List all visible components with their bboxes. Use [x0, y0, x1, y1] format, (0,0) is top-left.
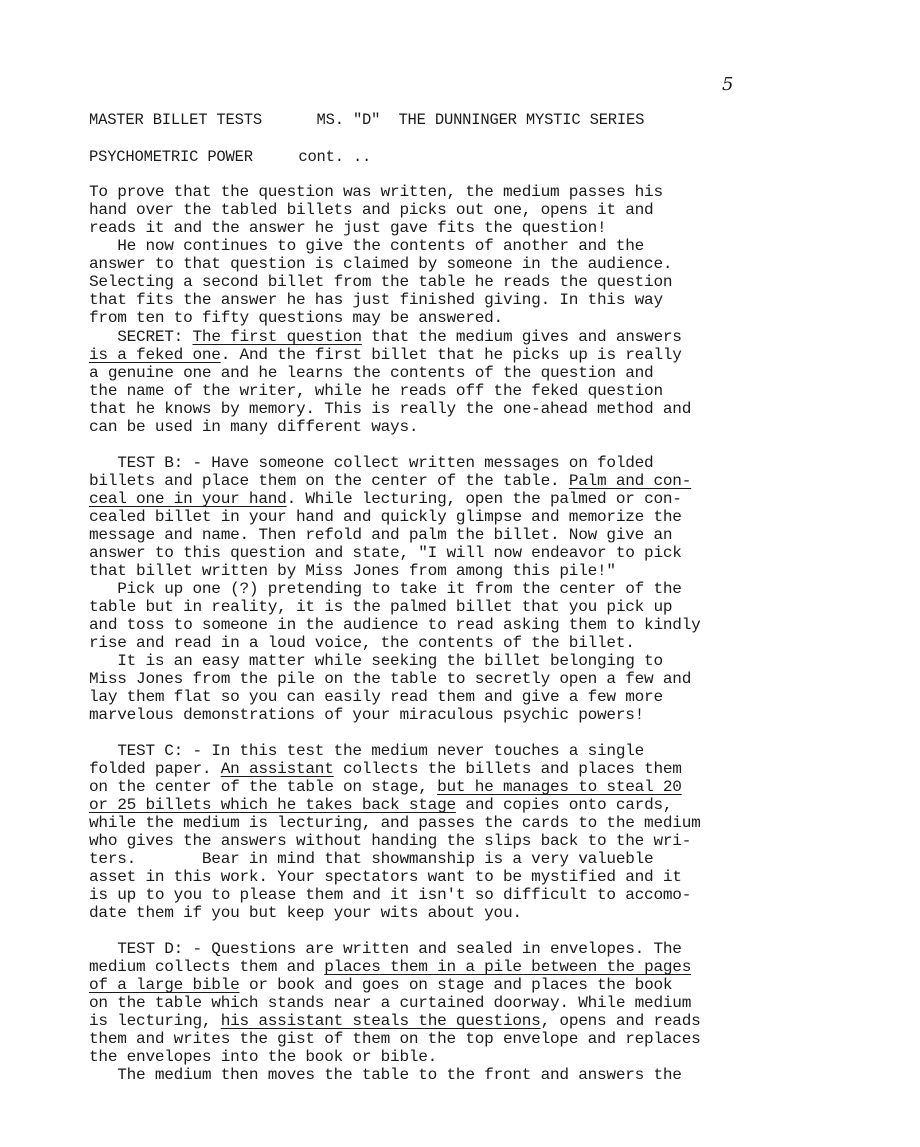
underlined-phrase: is a feked one [89, 346, 221, 364]
underlined-phrase: or 25 billets which he takes back stage [89, 796, 456, 814]
text-segment: is up to you to please them and it isn't… [89, 886, 691, 904]
text-line: TEST B: - Have someone collect written m… [89, 454, 653, 472]
text-line: He now continues to give the contents of… [89, 237, 644, 255]
text-line: hand over the tabled billets and picks o… [89, 201, 653, 219]
text-segment: . While lecturing, open the palmed or co… [287, 490, 682, 508]
text-line: on the table which stands near a curtain… [89, 994, 691, 1012]
text-segment: table but in reality, it is the palmed b… [89, 598, 672, 616]
running-header: MASTER BILLET TESTS MS. "D" THE DUNNINGE… [89, 111, 644, 129]
section-heading: PSYCHOMETRIC POWER cont. .. [89, 148, 371, 166]
text-line: It is an easy matter while seeking the b… [89, 652, 663, 670]
text-segment: , opens and reads [541, 1012, 701, 1030]
text-line: answer to this question and state, "I wi… [89, 544, 682, 562]
text-segment: It is an easy matter while seeking the b… [89, 652, 663, 670]
text-segment: hand over the tabled billets and picks o… [89, 201, 653, 219]
text-line: Pick up one (?) pretending to take it fr… [89, 580, 682, 598]
text-line: who gives the answers without handing th… [89, 832, 691, 850]
page-number: 5 [722, 74, 733, 95]
underlined-phrase: The first question [193, 328, 362, 346]
text-line: answer to that question is claimed by so… [89, 255, 672, 273]
text-line: on the center of the table on stage, but… [89, 778, 682, 796]
text-segment: TEST C: - In this test the medium never … [89, 742, 644, 760]
text-segment: on the table which stands near a curtain… [89, 994, 691, 1012]
continued-label: cont. .. [298, 148, 371, 166]
text-line: or 25 billets which he takes back stage … [89, 796, 672, 814]
text-line: can be used in many different ways. [89, 418, 418, 436]
text-line: from ten to fifty questions may be answe… [89, 309, 503, 327]
text-segment: cealed billet in your hand and quickly g… [89, 508, 682, 526]
text-line: that billet written by Miss Jones from a… [89, 562, 616, 580]
text-line: the name of the writer, while he reads o… [89, 382, 663, 400]
text-segment: SECRET: [89, 328, 193, 346]
text-segment: TEST D: - Questions are written and seal… [89, 940, 682, 958]
text-segment: He now continues to give the contents of… [89, 237, 644, 255]
text-line: that he knows by memory. This is really … [89, 400, 691, 418]
text-line: ceal one in your hand. While lecturing, … [89, 490, 682, 508]
text-line: of a large bible or book and goes on sta… [89, 976, 672, 994]
text-segment: billets and place them on the center of … [89, 472, 569, 490]
text-line: Selecting a second billet from the table… [89, 273, 672, 291]
text-line: TEST D: - Questions are written and seal… [89, 940, 682, 958]
text-line: a genuine one and he learns the contents… [89, 364, 653, 382]
text-segment: that billet written by Miss Jones from a… [89, 562, 616, 580]
text-segment: Miss Jones from the pile on the table to… [89, 670, 691, 688]
text-line: message and name. Then refold and palm t… [89, 526, 672, 544]
text-segment: ters. Bear in mind that showmanship is a… [89, 850, 653, 868]
text-line: is lecturing, his assistant steals the q… [89, 1012, 701, 1030]
text-line: is a feked one. And the first billet tha… [89, 346, 682, 364]
text-line: is up to you to please them and it isn't… [89, 886, 691, 904]
text-segment: answer to that question is claimed by so… [89, 255, 672, 273]
text-line: rise and read in a loud voice, the conte… [89, 634, 635, 652]
document-page: 5 MASTER BILLET TESTS MS. "D" THE DUNNIN… [0, 0, 920, 1147]
text-line: that fits the answer he has just finishe… [89, 291, 663, 309]
text-line: lay them flat so you can easily read the… [89, 688, 663, 706]
underlined-phrase: ceal one in your hand [89, 490, 287, 508]
text-line: SECRET: The first question that the medi… [89, 328, 682, 346]
text-line: asset in this work. Your spectators want… [89, 868, 682, 886]
text-segment: and copies onto cards, [456, 796, 672, 814]
text-segment: To prove that the question was written, … [89, 183, 663, 201]
section-title: PSYCHOMETRIC POWER [89, 148, 253, 166]
text-line: the envelopes into the book or bible. [89, 1048, 437, 1066]
text-line: medium collects them and places them in … [89, 958, 691, 976]
text-segment: lay them flat so you can easily read the… [89, 688, 663, 706]
text-line: To prove that the question was written, … [89, 183, 663, 201]
text-segment: reads it and the answer he just gave fit… [89, 219, 606, 237]
text-segment: and toss to someone in the audience to r… [89, 616, 701, 634]
underlined-phrase: An assistant [221, 760, 334, 778]
text-segment: . And the first billet that he picks up … [221, 346, 682, 364]
text-segment: can be used in many different ways. [89, 418, 418, 436]
text-line: date them if you but keep your wits abou… [89, 904, 522, 922]
text-segment: that he knows by memory. This is really … [89, 400, 691, 418]
text-segment: folded paper. [89, 760, 221, 778]
text-segment: rise and read in a loud voice, the conte… [89, 634, 635, 652]
underlined-phrase: of a large bible [89, 976, 240, 994]
text-segment: who gives the answers without handing th… [89, 832, 691, 850]
text-segment: on the center of the table on stage, [89, 778, 437, 796]
text-line: The medium then moves the table to the f… [89, 1066, 682, 1084]
text-segment: date them if you but keep your wits abou… [89, 904, 522, 922]
text-segment: or book and goes on stage and places the… [240, 976, 673, 994]
text-segment: Selecting a second billet from the table… [89, 273, 672, 291]
text-line: table but in reality, it is the palmed b… [89, 598, 672, 616]
text-segment: that the medium gives and answers [362, 328, 682, 346]
text-line: and toss to someone in the audience to r… [89, 616, 701, 634]
text-segment: from ten to fifty questions may be answe… [89, 309, 503, 327]
text-segment: that fits the answer he has just finishe… [89, 291, 663, 309]
text-segment: the name of the writer, while he reads o… [89, 382, 663, 400]
underlined-phrase: Palm and con- [569, 472, 691, 490]
header-right: MS. "D" THE DUNNINGER MYSTIC SERIES [317, 111, 645, 129]
text-line: marvelous demonstrations of your miracul… [89, 706, 644, 724]
text-line: ters. Bear in mind that showmanship is a… [89, 850, 653, 868]
text-line: while the medium is lecturing, and passe… [89, 814, 701, 832]
text-line: billets and place them on the center of … [89, 472, 691, 490]
text-segment: is lecturing, [89, 1012, 221, 1030]
text-segment: collects the billets and places them [334, 760, 682, 778]
underlined-phrase: but he manages to steal 20 [437, 778, 682, 796]
text-line: them and writes the gist of them on the … [89, 1030, 701, 1048]
text-segment: while the medium is lecturing, and passe… [89, 814, 701, 832]
text-line: cealed billet in your hand and quickly g… [89, 508, 682, 526]
text-segment: TEST B: - Have someone collect written m… [89, 454, 653, 472]
text-segment: marvelous demonstrations of your miracul… [89, 706, 644, 724]
text-segment: them and writes the gist of them on the … [89, 1030, 701, 1048]
header-left: MASTER BILLET TESTS [89, 111, 262, 129]
underlined-phrase: his assistant steals the questions [221, 1012, 541, 1030]
text-segment: Pick up one (?) pretending to take it fr… [89, 580, 682, 598]
text-line: folded paper. An assistant collects the … [89, 760, 682, 778]
text-segment: answer to this question and state, "I wi… [89, 544, 682, 562]
text-segment: asset in this work. Your spectators want… [89, 868, 682, 886]
text-segment: medium collects them and [89, 958, 324, 976]
text-segment: message and name. Then refold and palm t… [89, 526, 672, 544]
underlined-phrase: places them in a pile between the pages [324, 958, 691, 976]
text-segment: a genuine one and he learns the contents… [89, 364, 653, 382]
text-segment: The medium then moves the table to the f… [89, 1066, 682, 1084]
text-segment: the envelopes into the book or bible. [89, 1048, 437, 1066]
text-line: reads it and the answer he just gave fit… [89, 219, 606, 237]
text-line: Miss Jones from the pile on the table to… [89, 670, 691, 688]
text-line: TEST C: - In this test the medium never … [89, 742, 644, 760]
